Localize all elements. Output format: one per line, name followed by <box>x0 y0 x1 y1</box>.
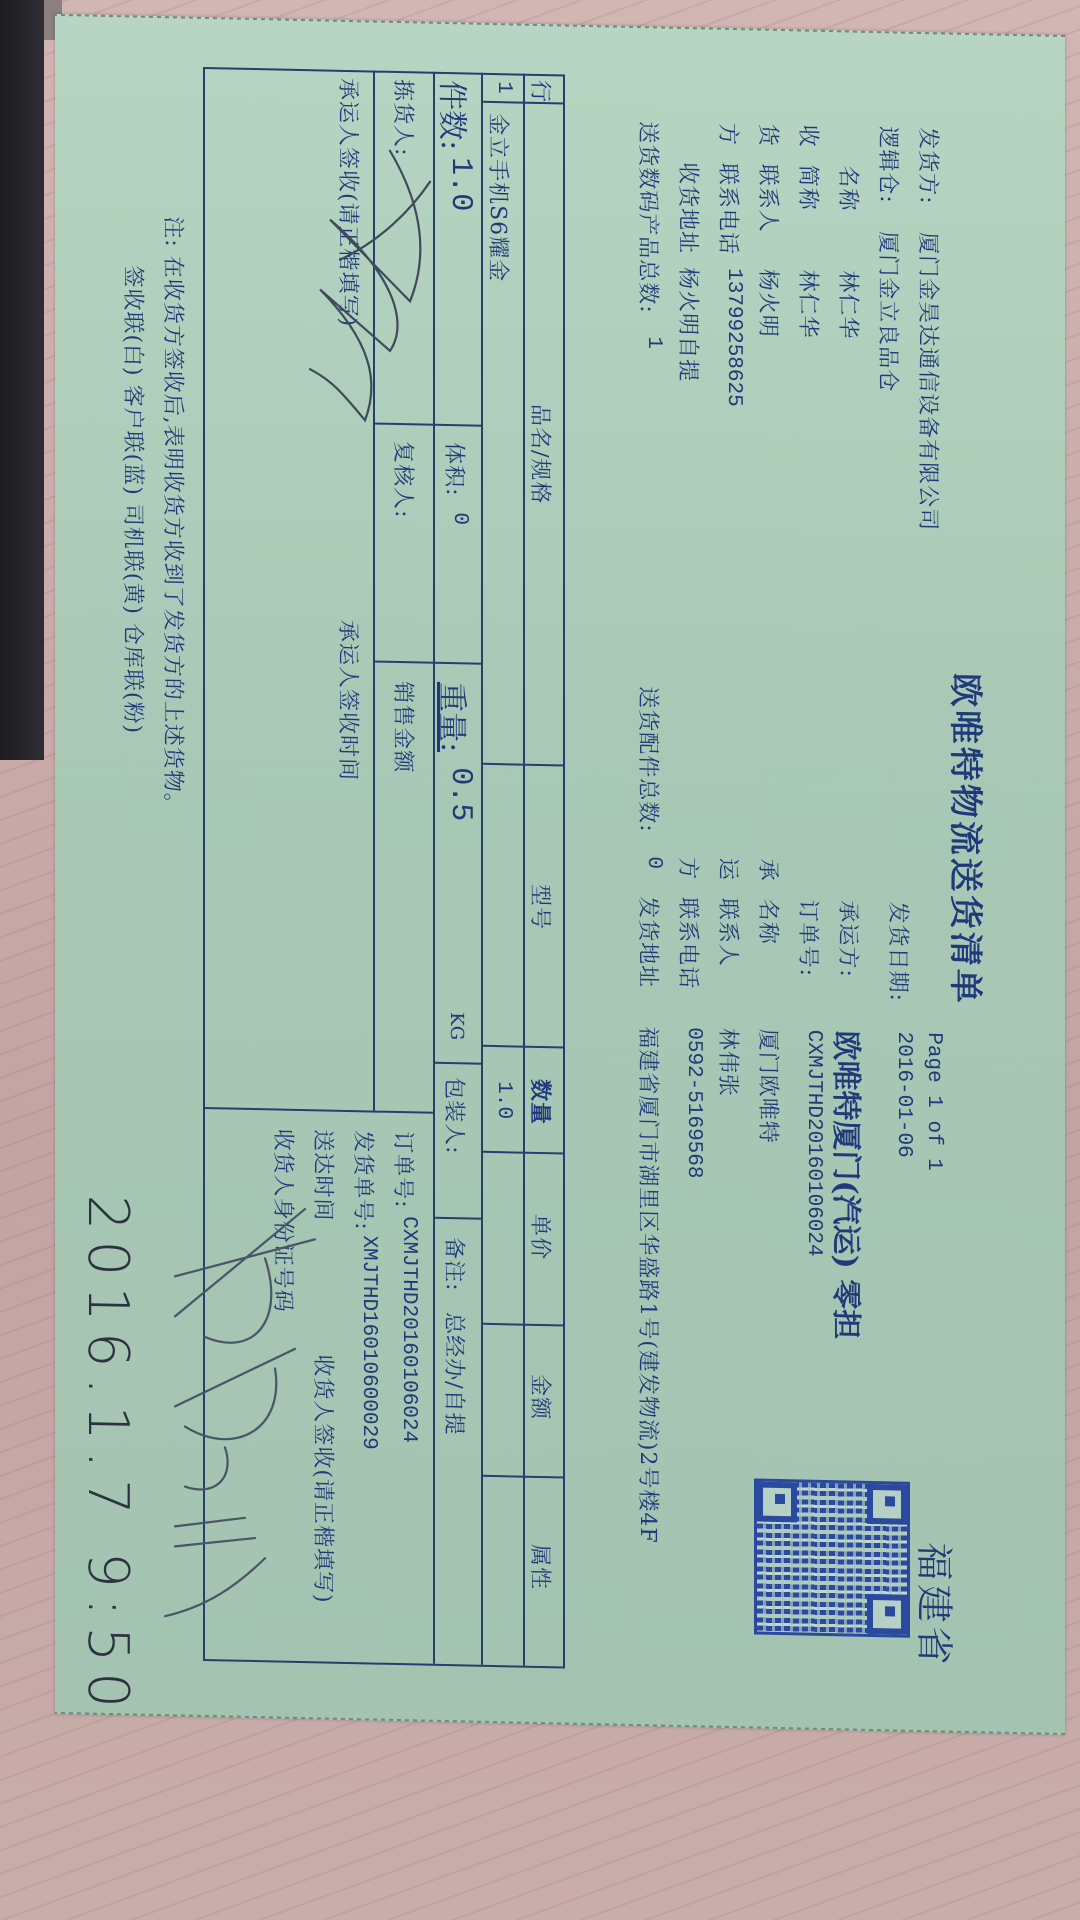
weight-value: 0.5 <box>443 767 477 822</box>
carrier-phone-label: 联系电话 <box>674 897 705 990</box>
col-header-amount: 金额 <box>526 1374 557 1421</box>
sales-amount-label: 销售金额 <box>389 681 420 774</box>
remark-value: 总经办/自提 <box>440 1312 471 1436</box>
col-header-line: 行 <box>526 80 557 104</box>
carrier-phone: 0592-5169568 <box>682 1027 705 1179</box>
col-header-unit-price: 单价 <box>526 1214 557 1261</box>
consignee-side-label-1: 收 <box>794 124 825 148</box>
carrier-contact: 林伟张 <box>714 1028 745 1098</box>
digital-total-label: 送货数码产品总数: <box>634 121 665 314</box>
packer-label: 包装人: <box>440 1077 471 1155</box>
digital-total-value: 1 <box>642 336 665 349</box>
footer-note: 注: 在收货方签收后,表明收货方收到了发货方的上述货物。 <box>159 216 190 816</box>
carrier-name: 厦门欧唯特 <box>754 1028 785 1144</box>
col-header-attr: 属性 <box>526 1544 557 1591</box>
carrier-address-label: 发货地址 <box>634 896 665 989</box>
page-indicator: Page 1 of 1 <box>922 1032 945 1171</box>
footer-copies: 签收联(白) 客户联(蓝) 司机联(黄) 仓库联(粉) <box>119 265 150 734</box>
carrier-value: 欧唯特厦门(汽运) 零担 <box>827 1030 871 1340</box>
consignee-side-label-3: 方 <box>714 123 745 147</box>
ship-no-label: 发货单号: <box>349 1130 380 1231</box>
consignee-phone: 13799258625 <box>722 268 745 407</box>
col-header-name: 品名/规格 <box>526 404 557 505</box>
carrier-side-label-2: 运 <box>714 858 745 882</box>
order-no-label: 订单号: <box>389 1131 420 1209</box>
col-header-model: 型号 <box>526 884 557 931</box>
document-title: 欧唯特物流送货清单 <box>944 672 993 1006</box>
receiver-signature <box>155 1196 325 1630</box>
consignee-contact-label: 联系人 <box>754 163 785 233</box>
accessory-total-value: 0 <box>642 856 665 869</box>
row-qty: 1.0 <box>492 1081 515 1119</box>
province-stamp: 福建省 <box>910 1542 965 1669</box>
weight-unit: KG <box>446 1012 467 1040</box>
consignee-address-label: 收货地址 <box>674 162 705 255</box>
warehouse-value: 厦门金立良品仓 <box>874 231 905 393</box>
consignee-contact: 杨火明 <box>754 268 785 338</box>
row-line: 1 <box>492 81 515 94</box>
warehouse-label: 逻辑仓: <box>874 126 905 204</box>
carrier-order-value: CXMJTHD20160106024 <box>802 1029 825 1256</box>
volume-value: 0 <box>448 512 471 525</box>
carrier-address: 福建省厦门市湖里区华盛路1号(建发物流)2号楼4F <box>634 1026 665 1544</box>
consignee-short: 林仁华 <box>794 269 825 339</box>
carrier-contact-label: 联系人 <box>714 898 745 968</box>
consignee-name: 林仁华 <box>834 270 865 340</box>
carrier-side-label-3: 方 <box>674 857 705 881</box>
consignee-short-label: 简称 <box>794 164 825 211</box>
consignee-address: 杨火明自提 <box>674 267 705 383</box>
pieces-label: 件数: <box>433 80 477 151</box>
shipper-value: 厦门金昊达通信设备有限公司 <box>914 232 945 532</box>
carrier-order-label: 订单号: <box>794 899 825 977</box>
col-header-qty: 数量 <box>526 1079 557 1126</box>
carrier-name-label: 名称 <box>754 898 785 945</box>
carrier-side-label-1: 承 <box>754 858 785 882</box>
ship-no-value: XMJTHD16010600029 <box>357 1235 380 1450</box>
consignee-name-label: 名称 <box>834 165 865 212</box>
consignee-phone-label: 联系电话 <box>714 163 745 256</box>
shipper-label: 发货方: <box>914 127 945 205</box>
weight-label: 重量: <box>433 682 477 753</box>
dark-object-edge <box>0 0 44 760</box>
ship-date: 2016-01-06 <box>892 1031 915 1158</box>
accessory-total-label: 送货配件总数: <box>634 686 665 833</box>
row-name: 金立手机S6耀金 <box>484 113 515 283</box>
ship-date-label: 发货日期: <box>884 901 915 1002</box>
delivery-slip: 欧唯特物流送货清单 Page 1 of 1 发货日期: 2016-01-06 福… <box>55 14 1065 1735</box>
remark-label: 备注: <box>440 1237 471 1292</box>
handwritten-datetime: 2016.1.7 9:50 <box>75 1194 140 1718</box>
picker-signature <box>300 139 450 472</box>
carrier-sign-time-label: 承运人签收时间 <box>334 620 365 782</box>
qr-code <box>754 1478 910 1637</box>
carrier-label: 承运方: <box>834 900 865 978</box>
order-no-value: CXMJTHD20160106024 <box>397 1216 420 1443</box>
consignee-side-label-2: 货 <box>754 123 785 147</box>
